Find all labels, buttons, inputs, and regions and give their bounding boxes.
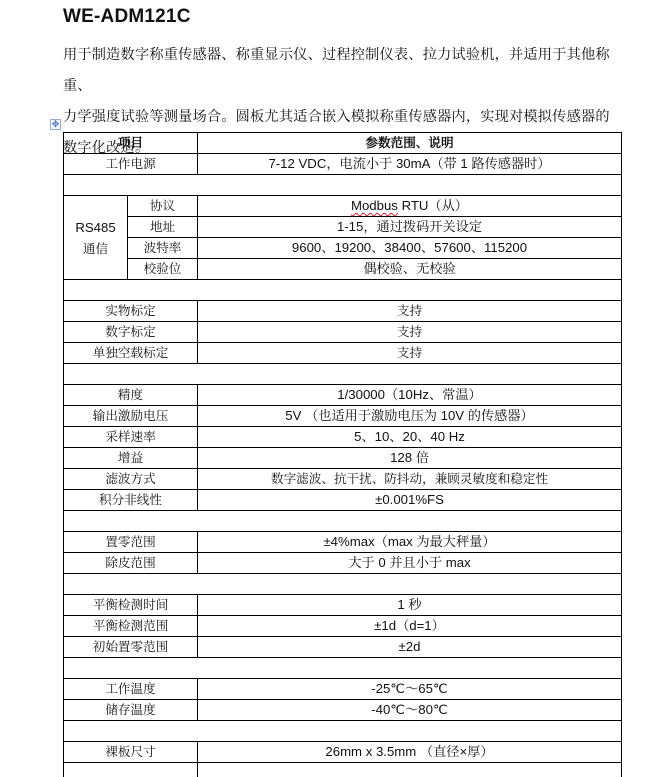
table-row: 除皮范围 大于 0 并且小于 max: [64, 553, 622, 574]
table-row: 工作温度 -25℃～65℃: [64, 679, 622, 700]
row-label: 置零范围: [64, 532, 198, 553]
table-row: 输出激励电压 5V （也适用于激励电压为 10V 的传感器）: [64, 406, 622, 427]
spacer-row: [64, 658, 622, 679]
row-label: 协议: [128, 196, 198, 217]
spacer-cell: [64, 511, 622, 532]
document-title: WE-ADM121C: [63, 6, 191, 28]
row-value: 5V （也适用于激励电压为 10V 的传感器）: [198, 406, 622, 427]
row-value: 偶校验、无校验: [198, 259, 622, 280]
row-value: 1-15，通过拨码开关设定: [198, 217, 622, 238]
spacer-row: [64, 574, 622, 595]
row-value: 9600、19200、38400、57600、115200: [198, 238, 622, 259]
table-move-handle-icon[interactable]: ✥: [50, 119, 61, 130]
table-header-row: 项目 参数范围、说明: [64, 133, 622, 154]
row-label: 初始置零范围: [64, 637, 198, 658]
table-row: 波特率 9600、19200、38400、57600、115200: [64, 238, 622, 259]
spacer-row: [64, 280, 622, 301]
row-value: 26mm x 3.5mm （直径×厚）: [198, 742, 622, 763]
table-row: 精度 1/30000（10Hz、常温）: [64, 385, 622, 406]
spacer-row: [64, 364, 622, 385]
row-value: [198, 763, 622, 777]
row-label: 输出激励电压: [64, 406, 198, 427]
table-row: 增益 128 倍: [64, 448, 622, 469]
spacer-cell: [64, 721, 622, 742]
row-value-rest: RTU（从）: [398, 198, 468, 213]
row-value: 5、10、20、40 Hz: [198, 427, 622, 448]
spacer-row: [64, 511, 622, 532]
spacer-row: [64, 175, 622, 196]
row-value: ±4%max（max 为最大秤量）: [198, 532, 622, 553]
row-value: ±2d: [198, 637, 622, 658]
row-value: ±0.001%FS: [198, 490, 622, 511]
row-label: 校验位: [128, 259, 198, 280]
spacer-cell: [64, 364, 622, 385]
row-value: Modbus RTU（从）: [198, 196, 622, 217]
row-value: 支持: [198, 322, 622, 343]
spec-table: 项目 参数范围、说明 工作电源 7-12 VDC，电流小于 30mA（带 1 路…: [63, 132, 622, 777]
spacer-cell: [64, 658, 622, 679]
row-value: -25℃～65℃: [198, 679, 622, 700]
table-row: 置零范围 ±4%max（max 为最大秤量）: [64, 532, 622, 553]
rs485-group-label: RS485 通信: [64, 196, 128, 280]
row-label: [64, 763, 198, 777]
row-label: 增益: [64, 448, 198, 469]
row-label: 裸板尺寸: [64, 742, 198, 763]
rs485-label-line-1: RS485: [75, 220, 115, 235]
row-label: 单独空载标定: [64, 343, 198, 364]
table-row: 裸板尺寸 26mm x 3.5mm （直径×厚）: [64, 742, 622, 763]
row-label: 除皮范围: [64, 553, 198, 574]
row-value: 支持: [198, 301, 622, 322]
table-row: 地址 1-15，通过拨码开关设定: [64, 217, 622, 238]
spellcheck-word[interactable]: Modbus: [351, 198, 398, 213]
spacer-row: [64, 721, 622, 742]
table-row-partial: [64, 763, 622, 777]
row-value: 大于 0 并且小于 max: [198, 553, 622, 574]
header-item: 项目: [64, 133, 198, 154]
row-value: 数字滤波、抗干扰、防抖动，兼顾灵敏度和稳定性: [198, 469, 622, 490]
row-value: ±1d（d=1）: [198, 616, 622, 637]
table-row: 积分非线性 ±0.001%FS: [64, 490, 622, 511]
table-row: 工作电源 7-12 VDC，电流小于 30mA（带 1 路传感器时）: [64, 154, 622, 175]
spacer-cell: [64, 574, 622, 595]
row-label: 地址: [128, 217, 198, 238]
header-param: 参数范围、说明: [198, 133, 622, 154]
table-row: 校验位 偶校验、无校验: [64, 259, 622, 280]
row-value: 1/30000（10Hz、常温）: [198, 385, 622, 406]
row-label: 实物标定: [64, 301, 198, 322]
spacer-cell: [64, 280, 622, 301]
table-row: 平衡检测范围 ±1d（d=1）: [64, 616, 622, 637]
row-value: 支持: [198, 343, 622, 364]
row-label: 采样速率: [64, 427, 198, 448]
row-label: 平衡检测范围: [64, 616, 198, 637]
intro-line-1: 用于制造数字称重传感器、称重显示仪、过程控制仪表、拉力试验机，并适用于其他称重、: [63, 40, 633, 102]
row-label: 滤波方式: [64, 469, 198, 490]
rs485-label-line-2: 通信: [83, 241, 108, 256]
table-row: 储存温度 -40℃～80℃: [64, 700, 622, 721]
row-label: 波特率: [128, 238, 198, 259]
row-value: -40℃～80℃: [198, 700, 622, 721]
row-label: 储存温度: [64, 700, 198, 721]
table-row: 实物标定 支持: [64, 301, 622, 322]
row-label: 数字标定: [64, 322, 198, 343]
table-row: 初始置零范围 ±2d: [64, 637, 622, 658]
row-label: 平衡检测时间: [64, 595, 198, 616]
table-row: RS485 通信 协议 Modbus RTU（从）: [64, 196, 622, 217]
row-value: 1 秒: [198, 595, 622, 616]
table-row: 滤波方式 数字滤波、抗干扰、防抖动，兼顾灵敏度和稳定性: [64, 469, 622, 490]
row-label: 工作电源: [64, 154, 198, 175]
row-label: 积分非线性: [64, 490, 198, 511]
table-row: 采样速率 5、10、20、40 Hz: [64, 427, 622, 448]
row-value: 128 倍: [198, 448, 622, 469]
row-value: 7-12 VDC，电流小于 30mA（带 1 路传感器时）: [198, 154, 622, 175]
row-label: 工作温度: [64, 679, 198, 700]
table-row: 数字标定 支持: [64, 322, 622, 343]
spacer-cell: [64, 175, 622, 196]
row-label: 精度: [64, 385, 198, 406]
intro-line-2: 力学强度试验等测量场合。圆板尤其适合嵌入模拟称重传感器内，实现对模拟传感器的: [63, 102, 633, 133]
table-row: 平衡检测时间 1 秒: [64, 595, 622, 616]
table-row: 单独空载标定 支持: [64, 343, 622, 364]
